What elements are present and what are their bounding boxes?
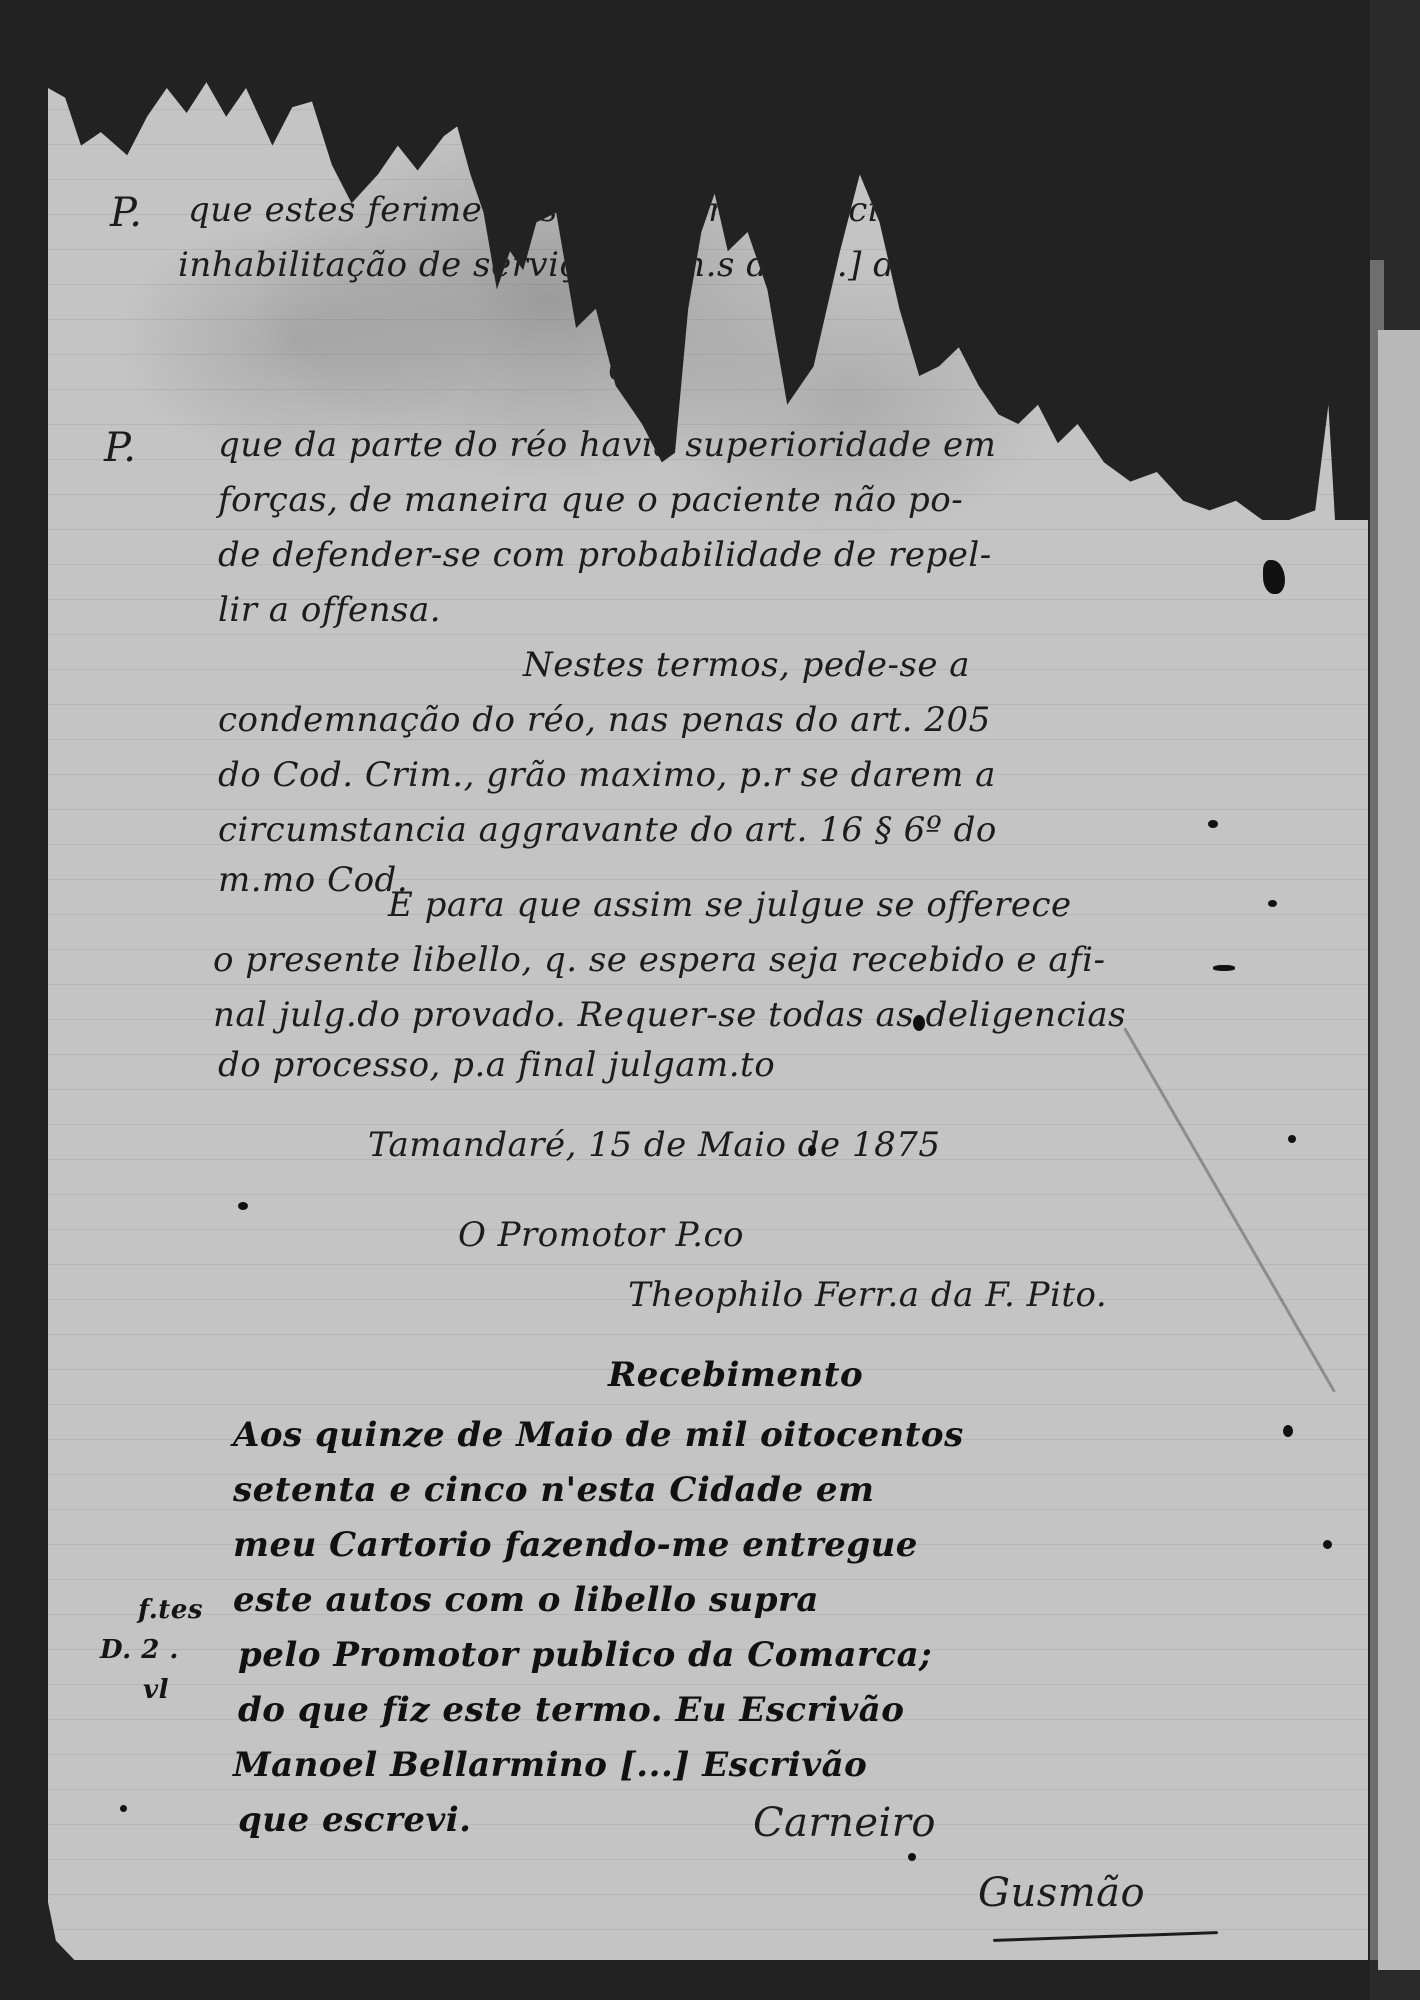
margin-note-line-2: D. 2 . [100,1635,179,1665]
conclusion-line-2: condemnação do réo, nas penas do art. 20… [218,700,991,740]
conclusion-line-4: circumstancia aggravante do art. 16 § 6º… [218,810,997,850]
receipt-signature-1: Carneiro [753,1800,936,1846]
adjacent-page-edge [1370,0,1420,2000]
receipt-line-4: este autos com o libello supra [233,1580,819,1620]
ink-blot [808,1145,816,1156]
ink-blot [238,1202,248,1210]
ink-blot [1323,1540,1332,1549]
dateline: Tamandaré, 15 de Maio de 1875 [368,1125,940,1165]
article-6-line-2: forças, de maneira que o paciente não po… [218,480,963,520]
receipt-line-8: que escrevi. [238,1800,472,1840]
article-6-marker: P. [104,425,137,471]
ink-blot [1208,820,1218,828]
signature-underline [993,1931,1218,1942]
paper-fold-crease [1123,1027,1336,1392]
conclusion-line-3: do Cod. Crim., grão maximo, p.r se darem… [218,755,996,795]
ink-splatter [1263,560,1285,594]
ink-blot [1283,1425,1293,1437]
promotor-title: O Promotor P.co [458,1215,744,1255]
receipt-signature-2: Gusmão [978,1870,1145,1916]
receipt-line-6: do que fiz este termo. Eu Escrivão [238,1690,904,1730]
ink-blot [1268,900,1277,907]
margin-note-line-3: vl [143,1675,169,1705]
ink-blot [120,1805,127,1812]
article-5-marker: P. [110,190,143,236]
adjacent-page-strip [1378,330,1420,1970]
receipt-line-1: Aos quinze de Maio de mil oitocentos [233,1415,964,1455]
ink-blot [908,1853,916,1861]
receipt-line-7: Manoel Bellarmino [...] Escrivão [233,1745,867,1785]
ink-blot [913,1015,925,1031]
request-line-1: E para que assim se julgue se offerece [388,885,1072,925]
conclusion-line-1: Nestes termos, pede-se a [523,645,970,685]
receipt-line-5: pelo Promotor publico da Comarca; [238,1635,932,1675]
article-6-line-4: lir a offensa. [218,590,441,630]
request-line-3: nal julg.do provado. Requer-se todas as … [213,995,1126,1035]
receipt-line-3: meu Cartorio fazendo-me entregue [233,1525,918,1565]
ink-blot [1213,965,1235,971]
ink-blot [1288,1135,1296,1143]
receipt-line-2: setenta e cinco n'esta Cidade em [233,1470,875,1510]
receipt-heading: Recebimento [608,1355,863,1395]
request-line-4: do processo, p.a final julgam.to [218,1045,775,1085]
article-6-line-3: de defender-se com probabilidade de repe… [218,535,992,575]
margin-note-line-1: f.tes [138,1595,203,1625]
conclusion-line-5: m.mo Cod. [218,860,408,900]
request-line-2: o presente libello, q. se espera seja re… [213,940,1106,980]
article-6-line-1: que da parte do réo havia superioridade … [218,425,996,465]
promotor-name: Theophilo Ferr.a da F. Pito. [628,1275,1107,1315]
